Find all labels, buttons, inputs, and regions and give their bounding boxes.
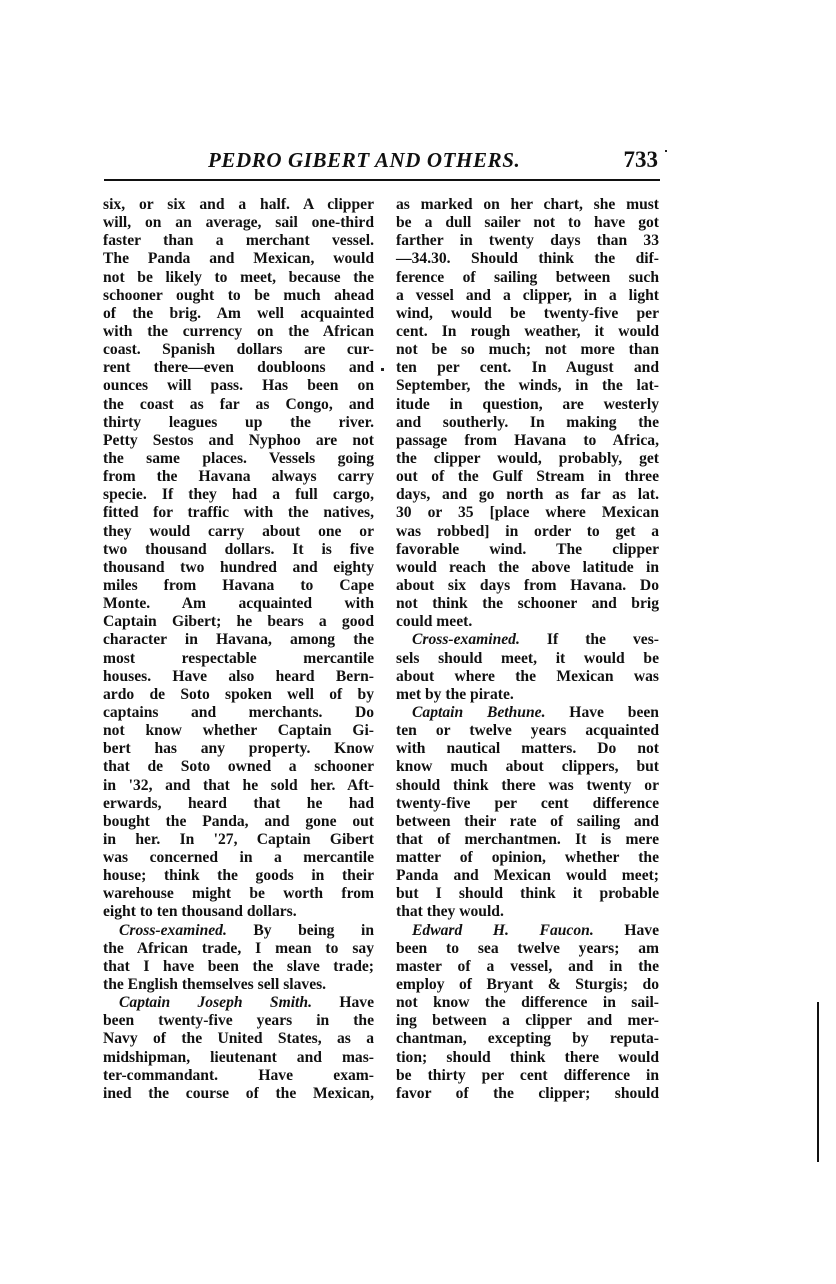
speaker-name: Cross-examined. (119, 922, 227, 939)
text-line: Captain Joseph Smith. Have (103, 994, 374, 1012)
text-line: ten per cent. In August and (396, 359, 659, 377)
text-line: be thirty per cent difference in (396, 1067, 659, 1085)
text-line: know much about clippers, but (396, 758, 659, 776)
text-line: employ of Bryant & Sturgis; do (396, 976, 659, 994)
text-line: eight to ten thousand dollars. (103, 903, 374, 921)
text-line: with the currency on the African (103, 323, 374, 341)
text-line: ten or twelve years acquainted (396, 722, 659, 740)
text-line: the same places. Vessels going (103, 450, 374, 468)
text-line: thousand two hundred and eighty (103, 559, 374, 577)
text-line: twenty-five per cent difference (396, 795, 659, 813)
text-line: not know the difference in sail- (396, 994, 659, 1012)
text-line: Captain Gibert; he bears a good (103, 613, 374, 631)
running-head: PEDRO GIBERT AND OTHERS. 733 (196, 148, 662, 176)
text-line: captains and merchants. Do (103, 704, 374, 722)
text-line: Captain Bethune. Have been (396, 704, 659, 722)
text-line: bert has any property. Know (103, 740, 374, 758)
text-line: that of merchantmen. It is mere (396, 831, 659, 849)
text-line: tion; should think there would (396, 1049, 659, 1067)
text-line: as marked on her chart, she must (396, 196, 659, 214)
text-line: about six days from Havana. Do (396, 577, 659, 595)
text-column-left: six, or six and a half. A clipperwill, o… (103, 196, 374, 1103)
text-line: will, on an average, sail one-third (103, 214, 374, 232)
text-line: not be likely to meet, because the (103, 269, 374, 287)
text-line: house; think the goods in their (103, 867, 374, 885)
text-line: should think there was twenty or (396, 777, 659, 795)
running-title: PEDRO GIBERT AND OTHERS. (208, 148, 520, 173)
text-line: bought the Panda, and gone out (103, 813, 374, 831)
text-line: the English themselves sell slaves. (103, 976, 374, 994)
text-line: in '32, and that he sold her. Aft- (103, 777, 374, 795)
text-line: about where the Mexican was (396, 668, 659, 686)
text-line: ardo de Soto spoken well of by (103, 686, 374, 704)
text-line: they would carry about one or (103, 523, 374, 541)
text-line: ounces will pass. Has been on (103, 377, 374, 395)
text-line: 30 or 35 [place where Mexican (396, 504, 659, 522)
text-line: warehouse might be worth from (103, 885, 374, 903)
text-line: The Panda and Mexican, would (103, 250, 374, 268)
text-line: farther in twenty days than 33 (396, 232, 659, 250)
text-line: cent. In rough weather, it would (396, 323, 659, 341)
text-line: been twenty-five years in the (103, 1012, 374, 1030)
text-line: Cross-examined. By being in (103, 922, 374, 940)
text-line: wind, would be twenty-five per (396, 305, 659, 323)
text-line: itude in question, are westerly (396, 396, 659, 414)
text-line: ference of sailing between such (396, 269, 659, 287)
line-text: If the ves- (520, 631, 659, 648)
text-line: the coast as far as Congo, and (103, 396, 374, 414)
speaker-name: Edward H. Faucon. (412, 922, 594, 939)
line-text: Have (312, 994, 374, 1011)
text-line: midshipman, lieutenant and mas- (103, 1049, 374, 1067)
text-line: chantman, excepting by reputa- (396, 1030, 659, 1048)
text-line: thirty leagues up the river. (103, 414, 374, 432)
text-line: Navy of the United States, as a (103, 1030, 374, 1048)
text-line: erwards, heard that he had (103, 795, 374, 813)
text-line: ined the course of the Mexican, (103, 1085, 374, 1103)
text-line: houses. Have also heard Bern- (103, 668, 374, 686)
text-line: sels should meet, it would be (396, 650, 659, 668)
text-line: in her. In '27, Captain Gibert (103, 831, 374, 849)
text-line: favor of the clipper; should (396, 1085, 659, 1103)
text-line: six, or six and a half. A clipper (103, 196, 374, 214)
text-line: Panda and Mexican would meet; (396, 867, 659, 885)
text-line: would reach the above latitude in (396, 559, 659, 577)
text-line: with nautical matters. Do not (396, 740, 659, 758)
scan-edge-mark (817, 1002, 819, 1162)
line-text: Have (594, 922, 659, 939)
text-line: faster than a merchant vessel. (103, 232, 374, 250)
text-line: matter of opinion, whether the (396, 849, 659, 867)
text-line: that de Soto owned a schooner (103, 758, 374, 776)
text-column-right: as marked on her chart, she mustbe a dul… (396, 196, 659, 1103)
scan-speck (381, 368, 384, 371)
text-line: the African trade, I mean to say (103, 940, 374, 958)
text-line: and southerly. In making the (396, 414, 659, 432)
text-line: not be so much; not more than (396, 341, 659, 359)
line-text: Have been (545, 704, 659, 721)
text-line: not know whether Captain Gi- (103, 722, 374, 740)
text-line: days, and go north as far as lat. (396, 486, 659, 504)
text-line: —34.30. Should think the dif- (396, 250, 659, 268)
text-line: met by the pirate. (396, 686, 659, 704)
text-line: coast. Spanish dollars are cur- (103, 341, 374, 359)
text-line: out of the Gulf Stream in three (396, 468, 659, 486)
speaker-name: Captain Bethune. (412, 704, 545, 721)
text-line: could meet. (396, 613, 659, 631)
text-line: between their rate of sailing and (396, 813, 659, 831)
text-line: Petty Sestos and Nyphoo are not (103, 432, 374, 450)
text-line: rent there—even doubloons and (103, 359, 374, 377)
text-line: was robbed] in order to get a (396, 523, 659, 541)
text-line: most respectable mercantile (103, 650, 374, 668)
text-line: fitted for traffic with the natives, (103, 504, 374, 522)
text-line: passage from Havana to Africa, (396, 432, 659, 450)
text-line: master of a vessel, and in the (396, 958, 659, 976)
text-line: but I should think it probable (396, 885, 659, 903)
scan-speck (665, 150, 667, 152)
text-line: from the Havana always carry (103, 468, 374, 486)
text-line: schooner ought to be much ahead (103, 287, 374, 305)
text-line: not think the schooner and brig (396, 595, 659, 613)
text-line: Cross-examined. If the ves- (396, 631, 659, 649)
text-line: Monte. Am acquainted with (103, 595, 374, 613)
text-line: September, the winds, in the lat- (396, 377, 659, 395)
text-line: the clipper would, probably, get (396, 450, 659, 468)
speaker-name: Cross-examined. (412, 631, 520, 648)
text-line: ing between a clipper and mer- (396, 1012, 659, 1030)
text-line: favorable wind. The clipper (396, 541, 659, 559)
text-line: that I have been the slave trade; (103, 958, 374, 976)
line-text: By being in (227, 922, 374, 939)
text-line: Edward H. Faucon. Have (396, 922, 659, 940)
text-line: ter-commandant. Have exam- (103, 1067, 374, 1085)
text-line: two thousand dollars. It is five (103, 541, 374, 559)
text-line: character in Havana, among the (103, 631, 374, 649)
header-rule (104, 179, 660, 181)
text-line: been to sea twelve years; am (396, 940, 659, 958)
text-line: be a dull sailer not to have got (396, 214, 659, 232)
text-line: specie. If they had a full cargo, (103, 486, 374, 504)
speaker-name: Captain Joseph Smith. (119, 994, 312, 1011)
text-line: that they would. (396, 903, 659, 921)
text-line: miles from Havana to Cape (103, 577, 374, 595)
page-number: 733 (624, 147, 659, 173)
text-line: a vessel and a clipper, in a light (396, 287, 659, 305)
text-line: of the brig. Am well acquainted (103, 305, 374, 323)
text-line: was concerned in a mercantile (103, 849, 374, 867)
document-page: PEDRO GIBERT AND OTHERS. 733 six, or six… (0, 0, 836, 1284)
